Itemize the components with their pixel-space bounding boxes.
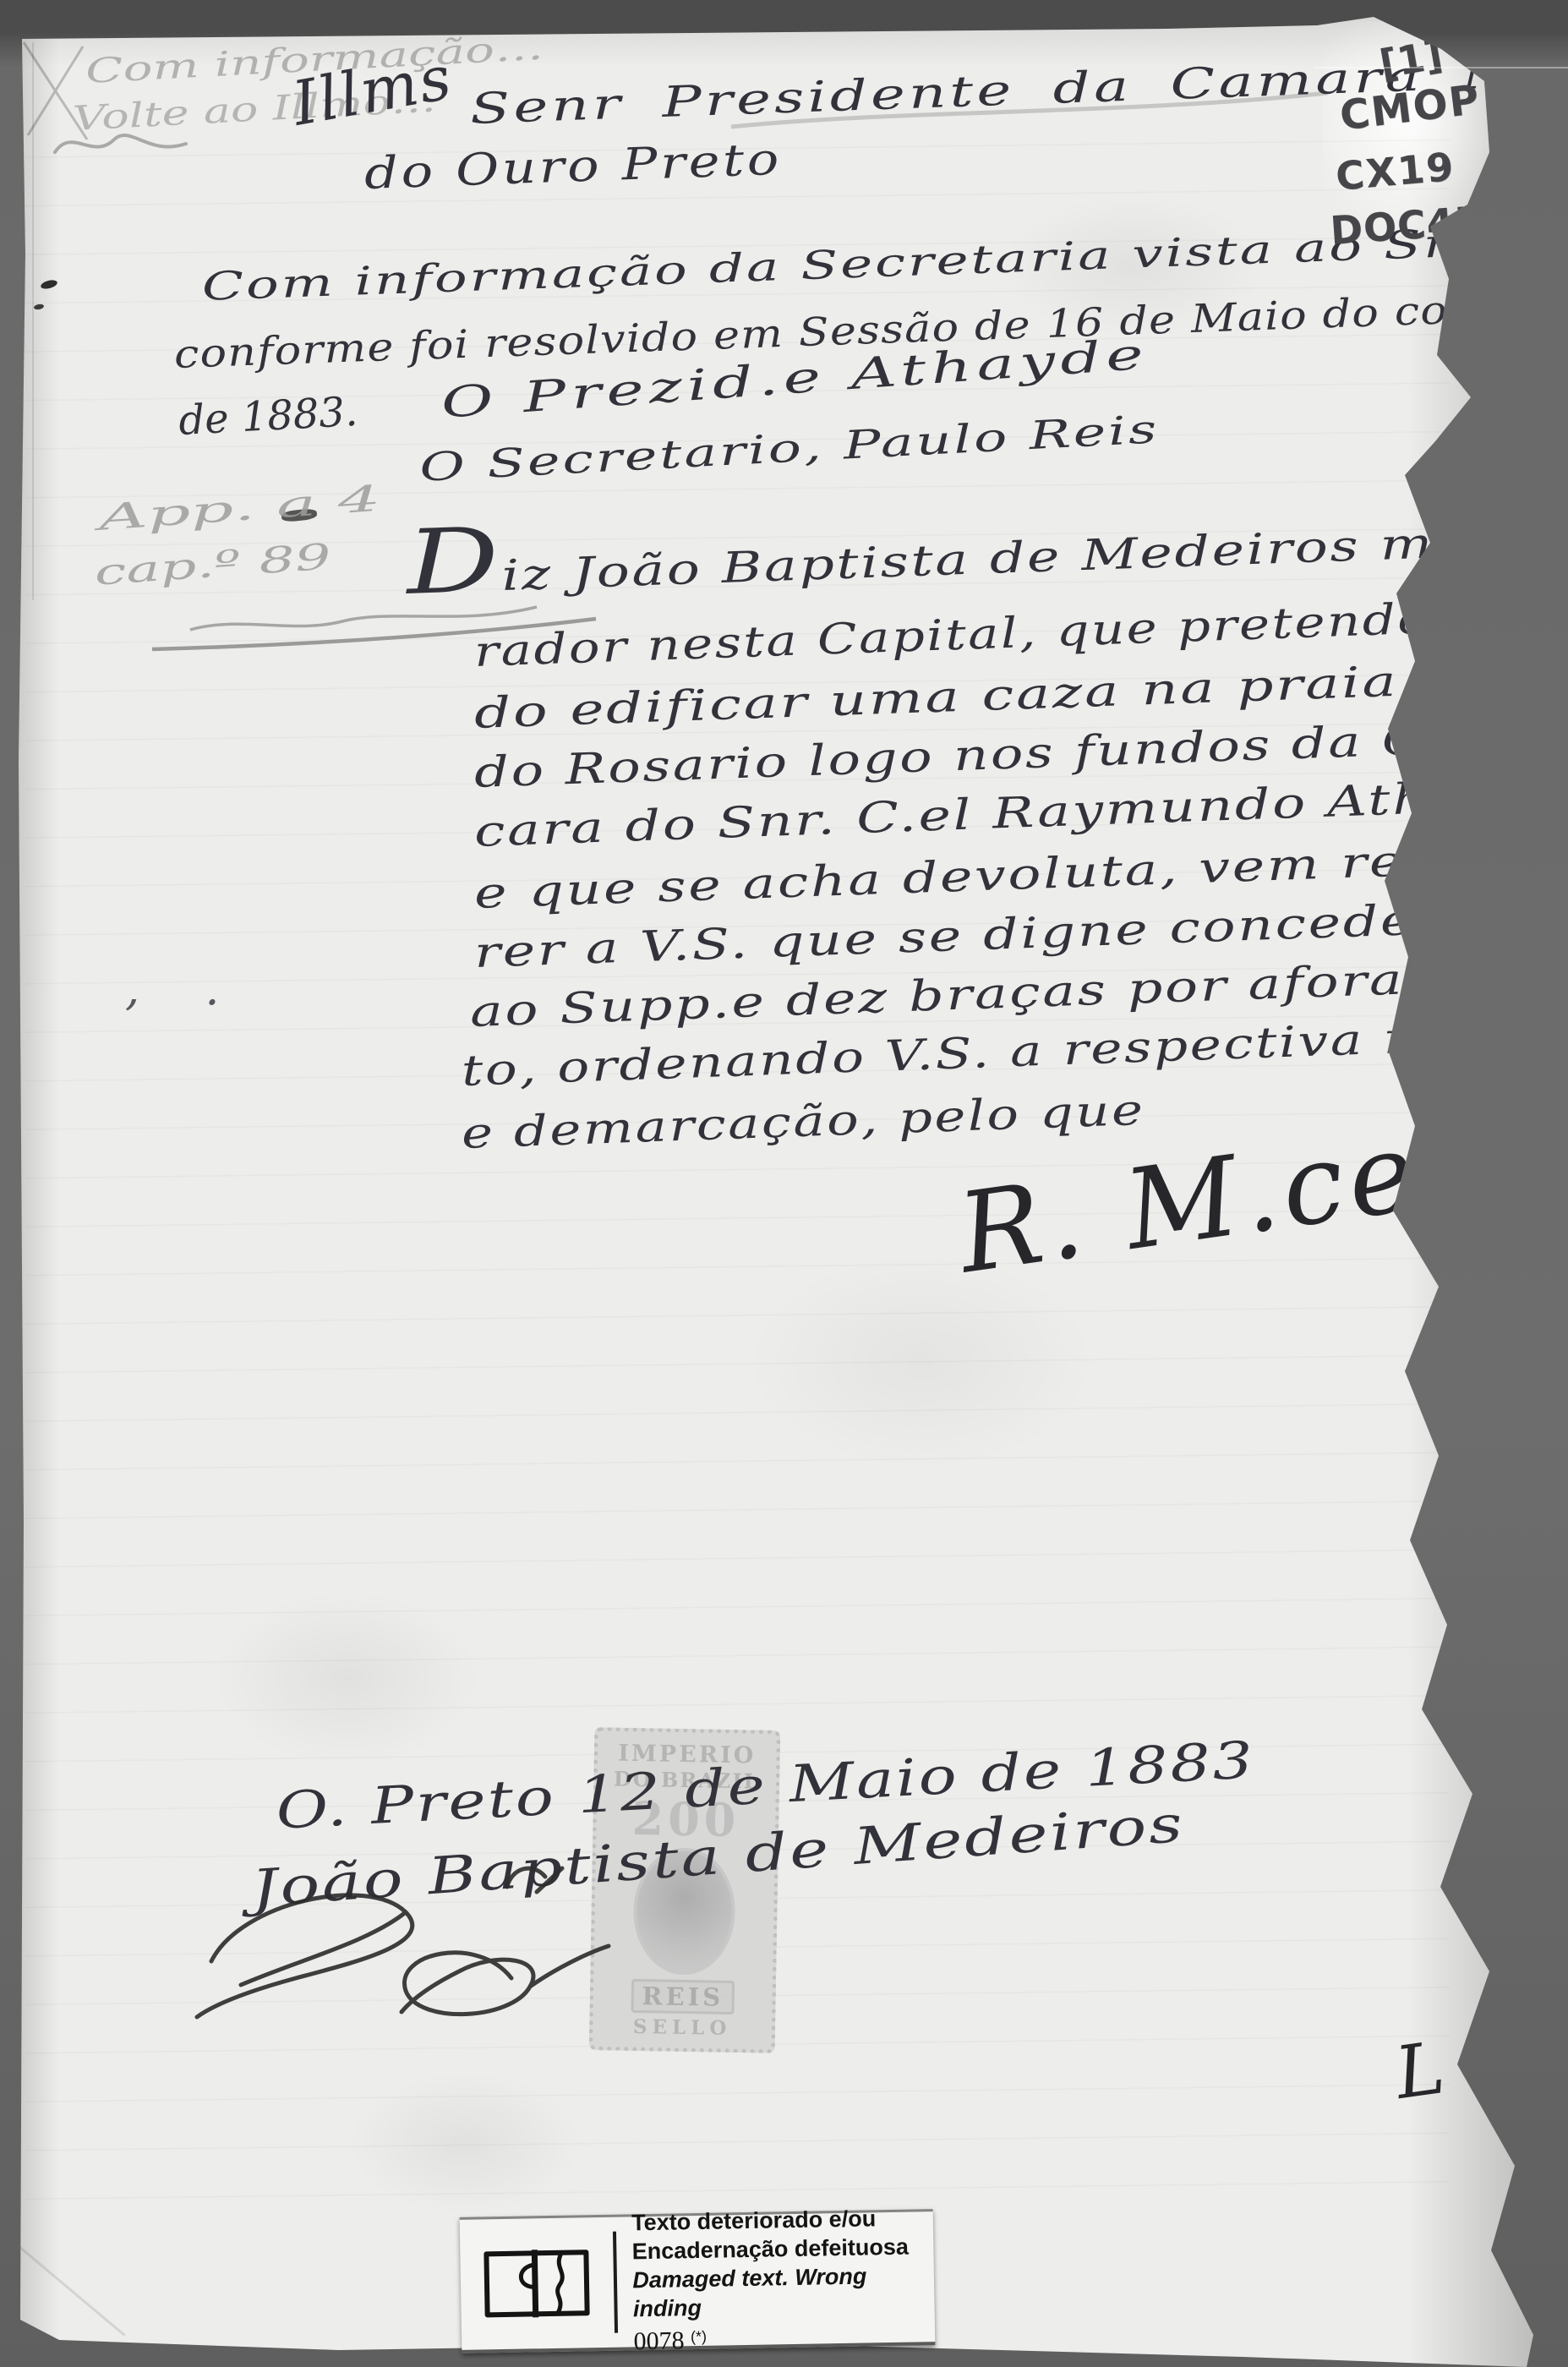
- dispatch-line3: de 1883.: [178, 388, 358, 445]
- condition-text-en: Damaged text. Wrong inding: [632, 2260, 935, 2323]
- scanner-artifact-line: [1314, 67, 1568, 68]
- fold-line: [32, 42, 34, 600]
- flourish-paraph-marks: [114, 1851, 571, 2029]
- stamp-sello-label: SELLO: [633, 2015, 732, 2040]
- stamp-currency: REIS: [631, 1979, 735, 2014]
- scanned-document-page: Com informação… Volte ao Illmo… Illms Se…: [0, 0, 1568, 2367]
- archival-fraction-bottom: 4: [1488, 109, 1511, 143]
- archival-doc-code: DOC45: [1329, 197, 1483, 253]
- illegible-pencil-scribble: [46, 114, 207, 173]
- archival-fraction-top: 1: [1481, 75, 1502, 107]
- condition-text-pt-line2: Encadernação defeituosa: [631, 2232, 933, 2266]
- stray-ink-mark: , .: [125, 962, 245, 1015]
- bottom-crease: [0, 2215, 126, 2337]
- condition-code: 0078 (*): [633, 2318, 935, 2356]
- condition-label-sticker: Texto deteriorado e/ou Encadernação defe…: [460, 2209, 936, 2353]
- condition-code-note: (*): [691, 2327, 707, 2344]
- paper-stain: [211, 1589, 482, 1767]
- damaged-book-icon: [460, 2244, 615, 2324]
- manuscript-paper-sheet: Com informação… Volte ao Illmo… Illms Se…: [0, 0, 1568, 2367]
- paper-stain: [347, 2071, 583, 2215]
- condition-code-number: 0078: [633, 2326, 685, 2355]
